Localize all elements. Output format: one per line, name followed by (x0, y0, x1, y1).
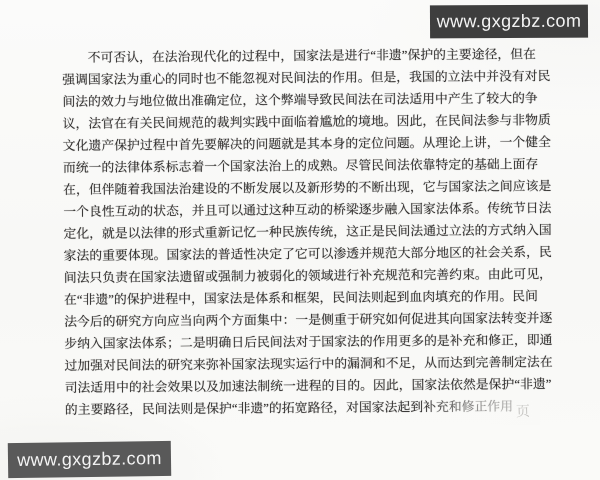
watermark-banner-bottom: www.gxgzbz.com (8, 441, 171, 478)
paragraph-line: 的主要路径，民间法则是保护“非遗”的拓宽路径，对国家法起到补充和修正作用 (65, 395, 517, 421)
document-paragraph: 不可否认，在法治现代化的过程中，国家法是进行“非遗”保护的主要途径，但在强调国家… (62, 43, 517, 421)
watermark-banner-top: www.gxgzbz.com (430, 5, 588, 39)
scanned-document-page: www.gxgzbz.com 不可否认，在法治现代化的过程中，国家法是进行“非遗… (0, 0, 600, 480)
faint-watermark: 页 (516, 401, 531, 421)
